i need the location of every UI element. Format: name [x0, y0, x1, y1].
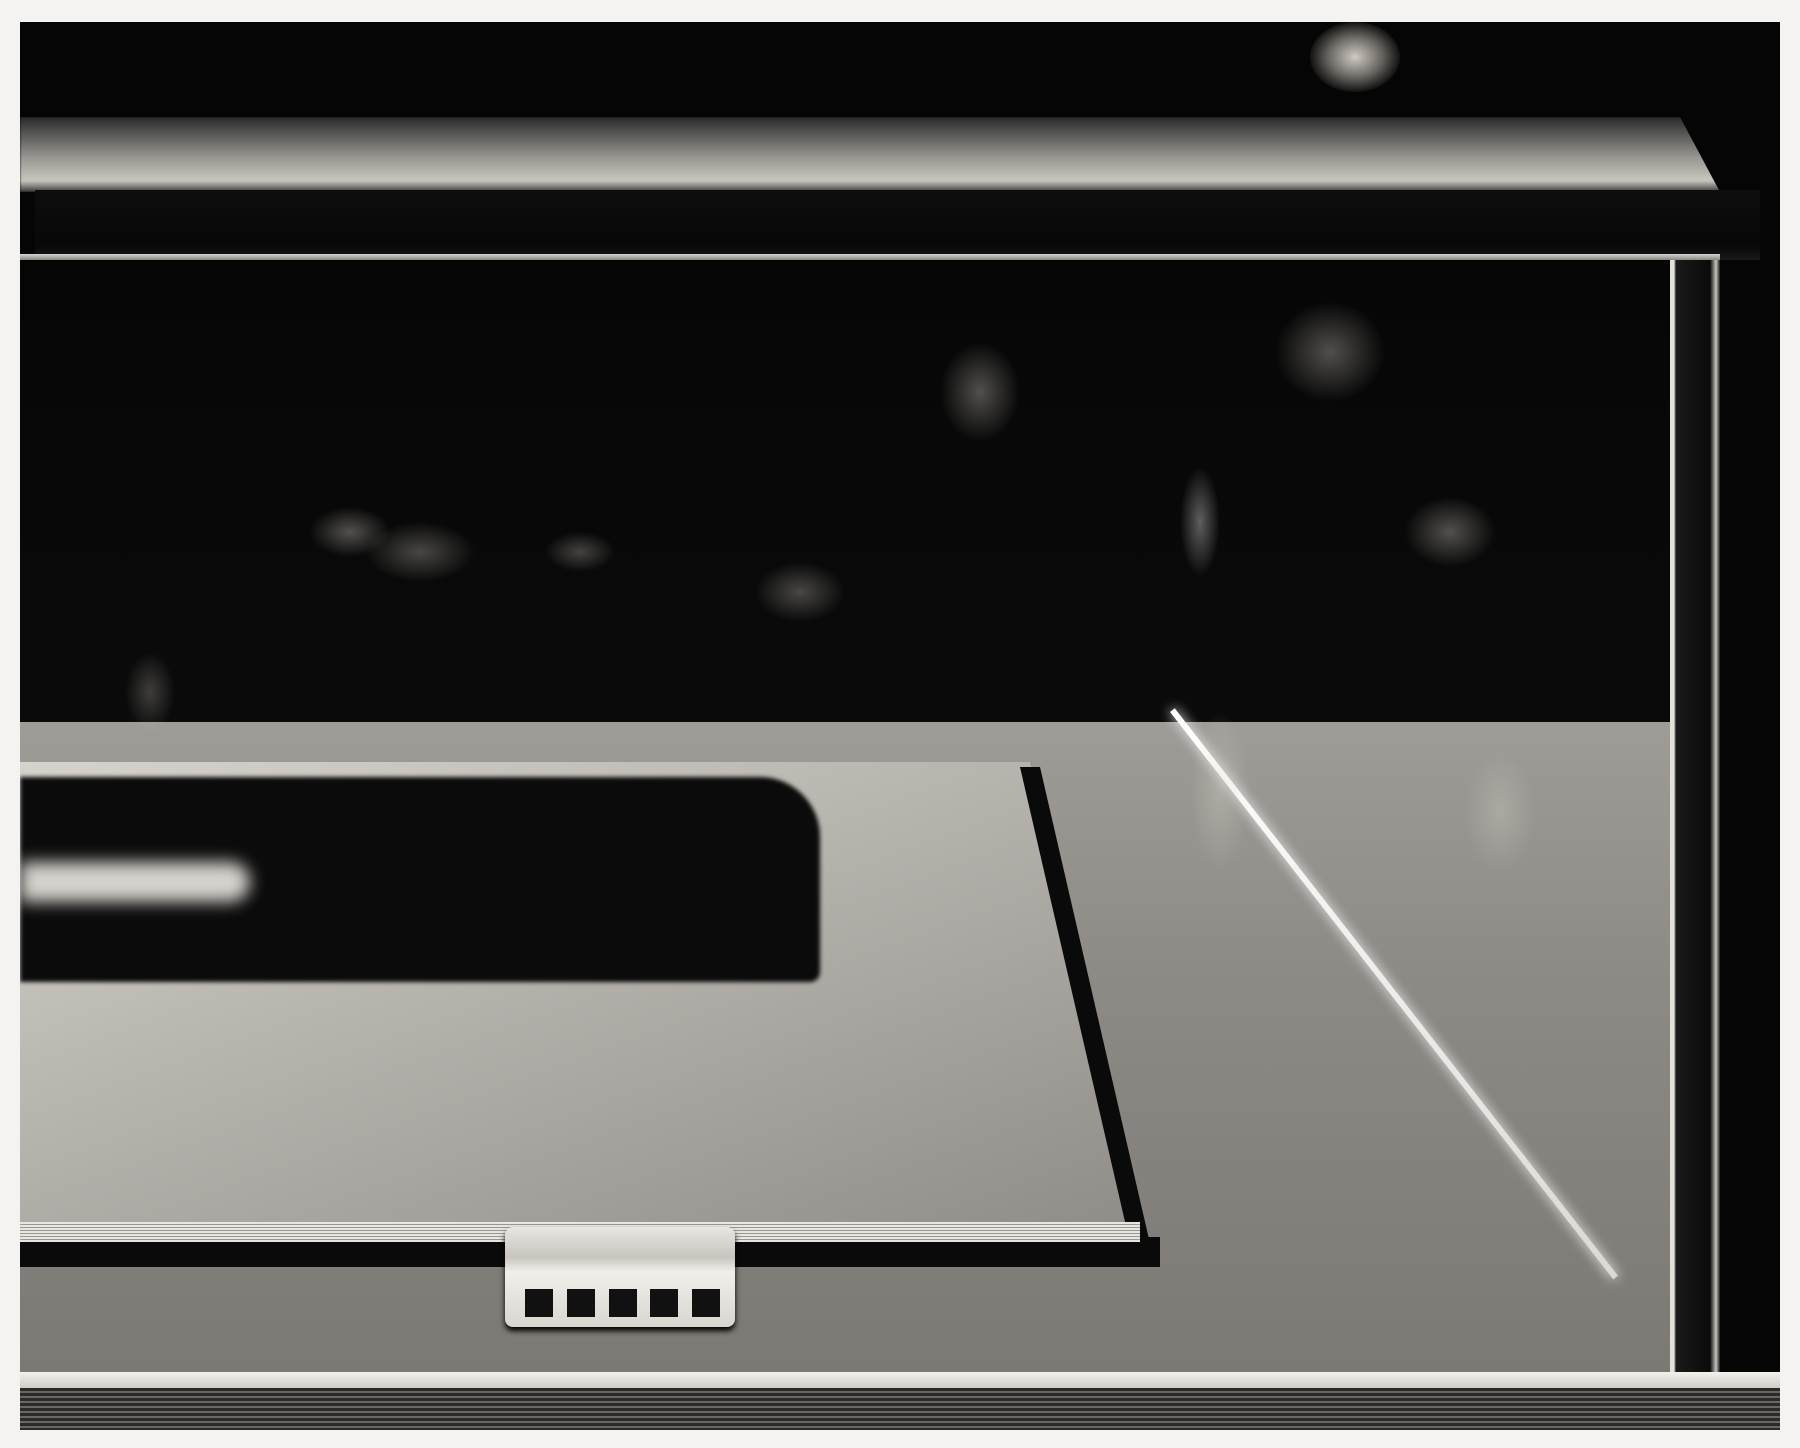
case-base: [20, 1388, 1780, 1430]
light-reflection: [1310, 22, 1400, 92]
case-lid-top: [20, 117, 1720, 192]
fingerprint-smudges: [20, 272, 1670, 1072]
photograph: [20, 22, 1780, 1430]
case-lid-edge: [20, 254, 1720, 260]
harmonica: [505, 1227, 735, 1327]
glass-side-panel: [1670, 260, 1720, 1400]
harmonica-holes: [525, 1289, 720, 1319]
case-base-edge: [20, 1372, 1780, 1388]
case-lid-front: [35, 190, 1760, 260]
